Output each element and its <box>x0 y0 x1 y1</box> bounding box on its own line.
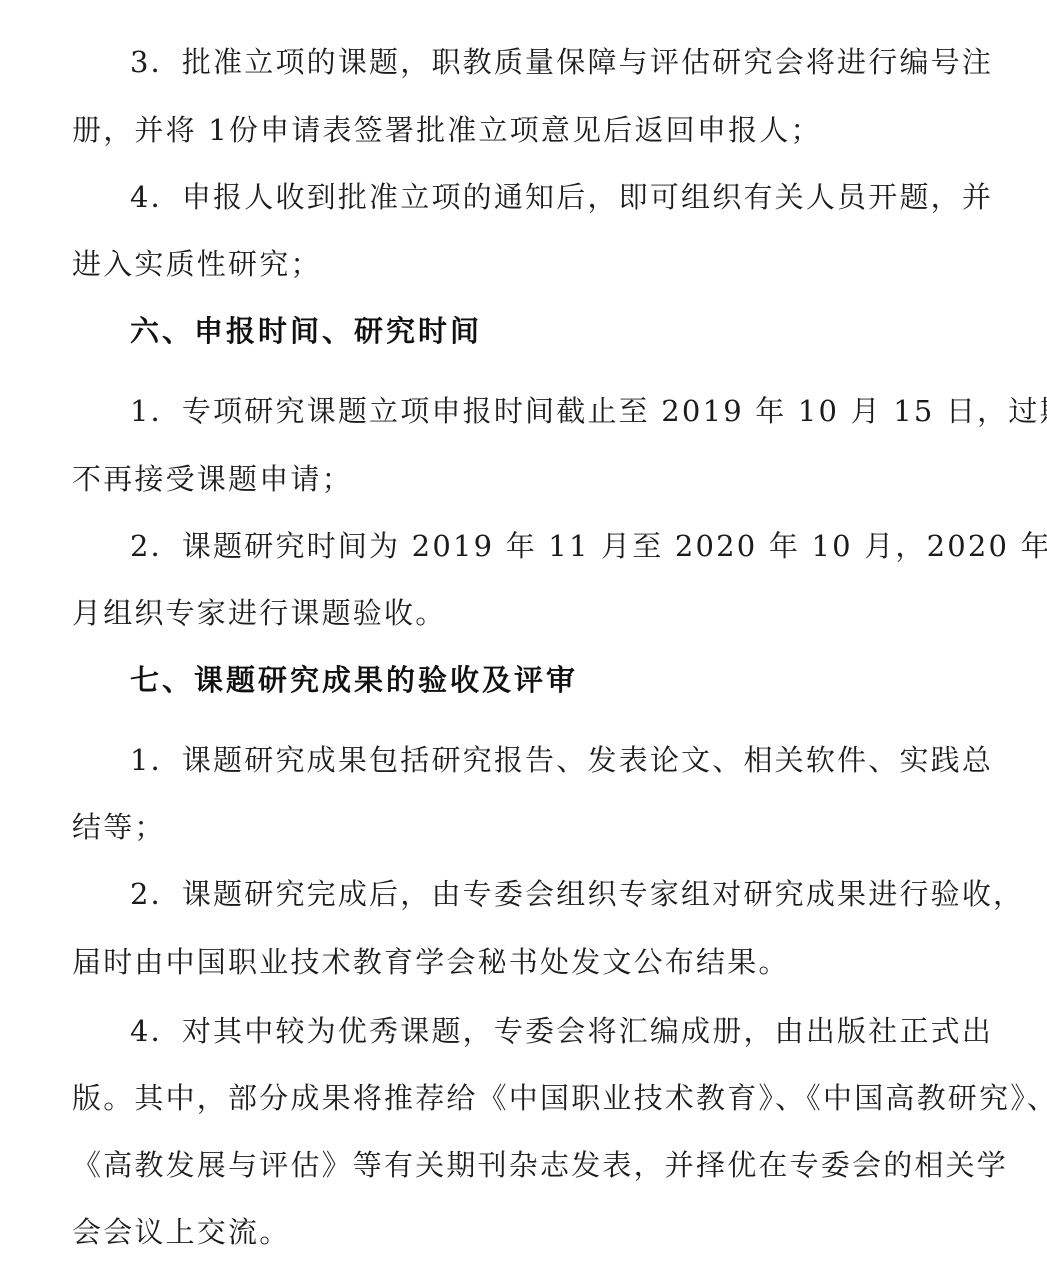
para-4-line-2: 进入实质性研究； <box>72 244 322 284</box>
sec6-para-2-line-1: 2．课题研究时间为 2019 年 11 月至 2020 年 10 月，2020 … <box>130 526 1047 566</box>
sec7-para-1-line-1: 1．课题研究成果包括研究报告、发表论文、相关软件、实践总 <box>130 740 993 780</box>
sec7-para-4-line-4: 会会议上交流。 <box>72 1212 290 1252</box>
para-3-line-2: 册，并将 1份申请表签署批准立项意见后返回申报人； <box>72 110 822 150</box>
sec7-para-2-line-2: 届时由中国职业技术教育学会秘书处发文公布结果。 <box>72 942 790 982</box>
document-page: 3．批准立项的课题，职教质量保障与评估研究会将进行编号注 册，并将 1份申请表签… <box>0 0 1047 1276</box>
section-heading-7: 七、课题研究成果的验收及评审 <box>130 660 578 700</box>
sec7-para-2-line-1: 2．课题研究完成后，由专委会组织专家组对研究成果进行验收， <box>130 874 1024 914</box>
sec6-para-1-line-1: 1．专项研究课题立项申报时间截止至 2019 年 10 月 15 日，过期 <box>130 391 1047 431</box>
sec7-para-4-line-1: 4．对其中较为优秀课题，专委会将汇编成册，由出版社正式出 <box>130 1011 993 1051</box>
sec7-para-1-line-2: 结等； <box>72 807 166 847</box>
sec6-para-2-line-2: 月组织专家进行课题验收。 <box>72 593 446 633</box>
section-heading-6: 六、申报时间、研究时间 <box>130 311 482 351</box>
para-4-line-1: 4．申报人收到批准立项的通知后，即可组织有关人员开题，并 <box>130 177 993 217</box>
sec7-para-4-line-3: 《高教发展与评估》等有关期刊杂志发表，并择优在专委会的相关学 <box>72 1145 1008 1185</box>
para-3-line-1: 3．批准立项的课题，职教质量保障与评估研究会将进行编号注 <box>130 42 993 82</box>
sec7-para-4-line-2: 版。其中，部分成果将推荐给《中国职业技术教育》、《中国高教研究》、 <box>72 1078 1047 1118</box>
sec6-para-1-line-2: 不再接受课题申请； <box>72 459 353 499</box>
